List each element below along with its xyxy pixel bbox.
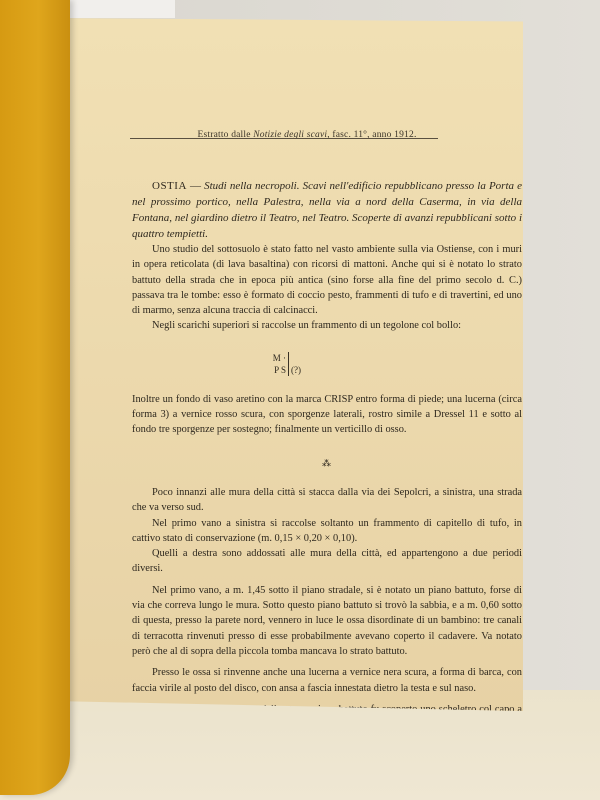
paragraph: Inoltre un fondo di vaso aretino con la … <box>132 392 522 438</box>
paragraph: Poco innanzi alle mura della città si st… <box>132 485 522 516</box>
title-dash: — <box>187 180 204 192</box>
paragraph: Negli scarichi superiori si raccolse un … <box>132 318 522 333</box>
paragraph: Nel primo vano a sinistra si raccolse so… <box>132 516 522 547</box>
stamp-line-1: M · <box>264 352 289 364</box>
paragraph: Nel primo vano, a m. 1,45 sotto il piano… <box>132 583 522 659</box>
section-asterism: ⁂ <box>132 456 522 471</box>
paper-sheet-behind <box>55 0 175 18</box>
stamp-line-1-note <box>289 352 291 364</box>
article-body: OSTIA — Studi nella necropoli. Scavi nel… <box>132 178 522 732</box>
header-rule <box>130 138 438 139</box>
paragraph: Uno studio del sottosuolo è stato fatto … <box>132 242 522 318</box>
paragraph: Presso le ossa si rinvenne anche una luc… <box>132 665 522 696</box>
document-page: Estratto dalle Notizie degli scavi, fasc… <box>36 18 523 711</box>
paragraph: Quelli a destra sono addossati alle mura… <box>132 546 522 577</box>
article-title: OSTIA — Studi nella necropoli. Scavi nel… <box>132 178 522 242</box>
yellow-folder <box>0 0 70 795</box>
site-name: OSTIA <box>152 180 187 192</box>
stamp-line-2-note: (?) <box>289 364 301 376</box>
stamp-line-2: P S <box>264 364 289 376</box>
brick-stamp: M · P S (?) <box>264 352 301 376</box>
